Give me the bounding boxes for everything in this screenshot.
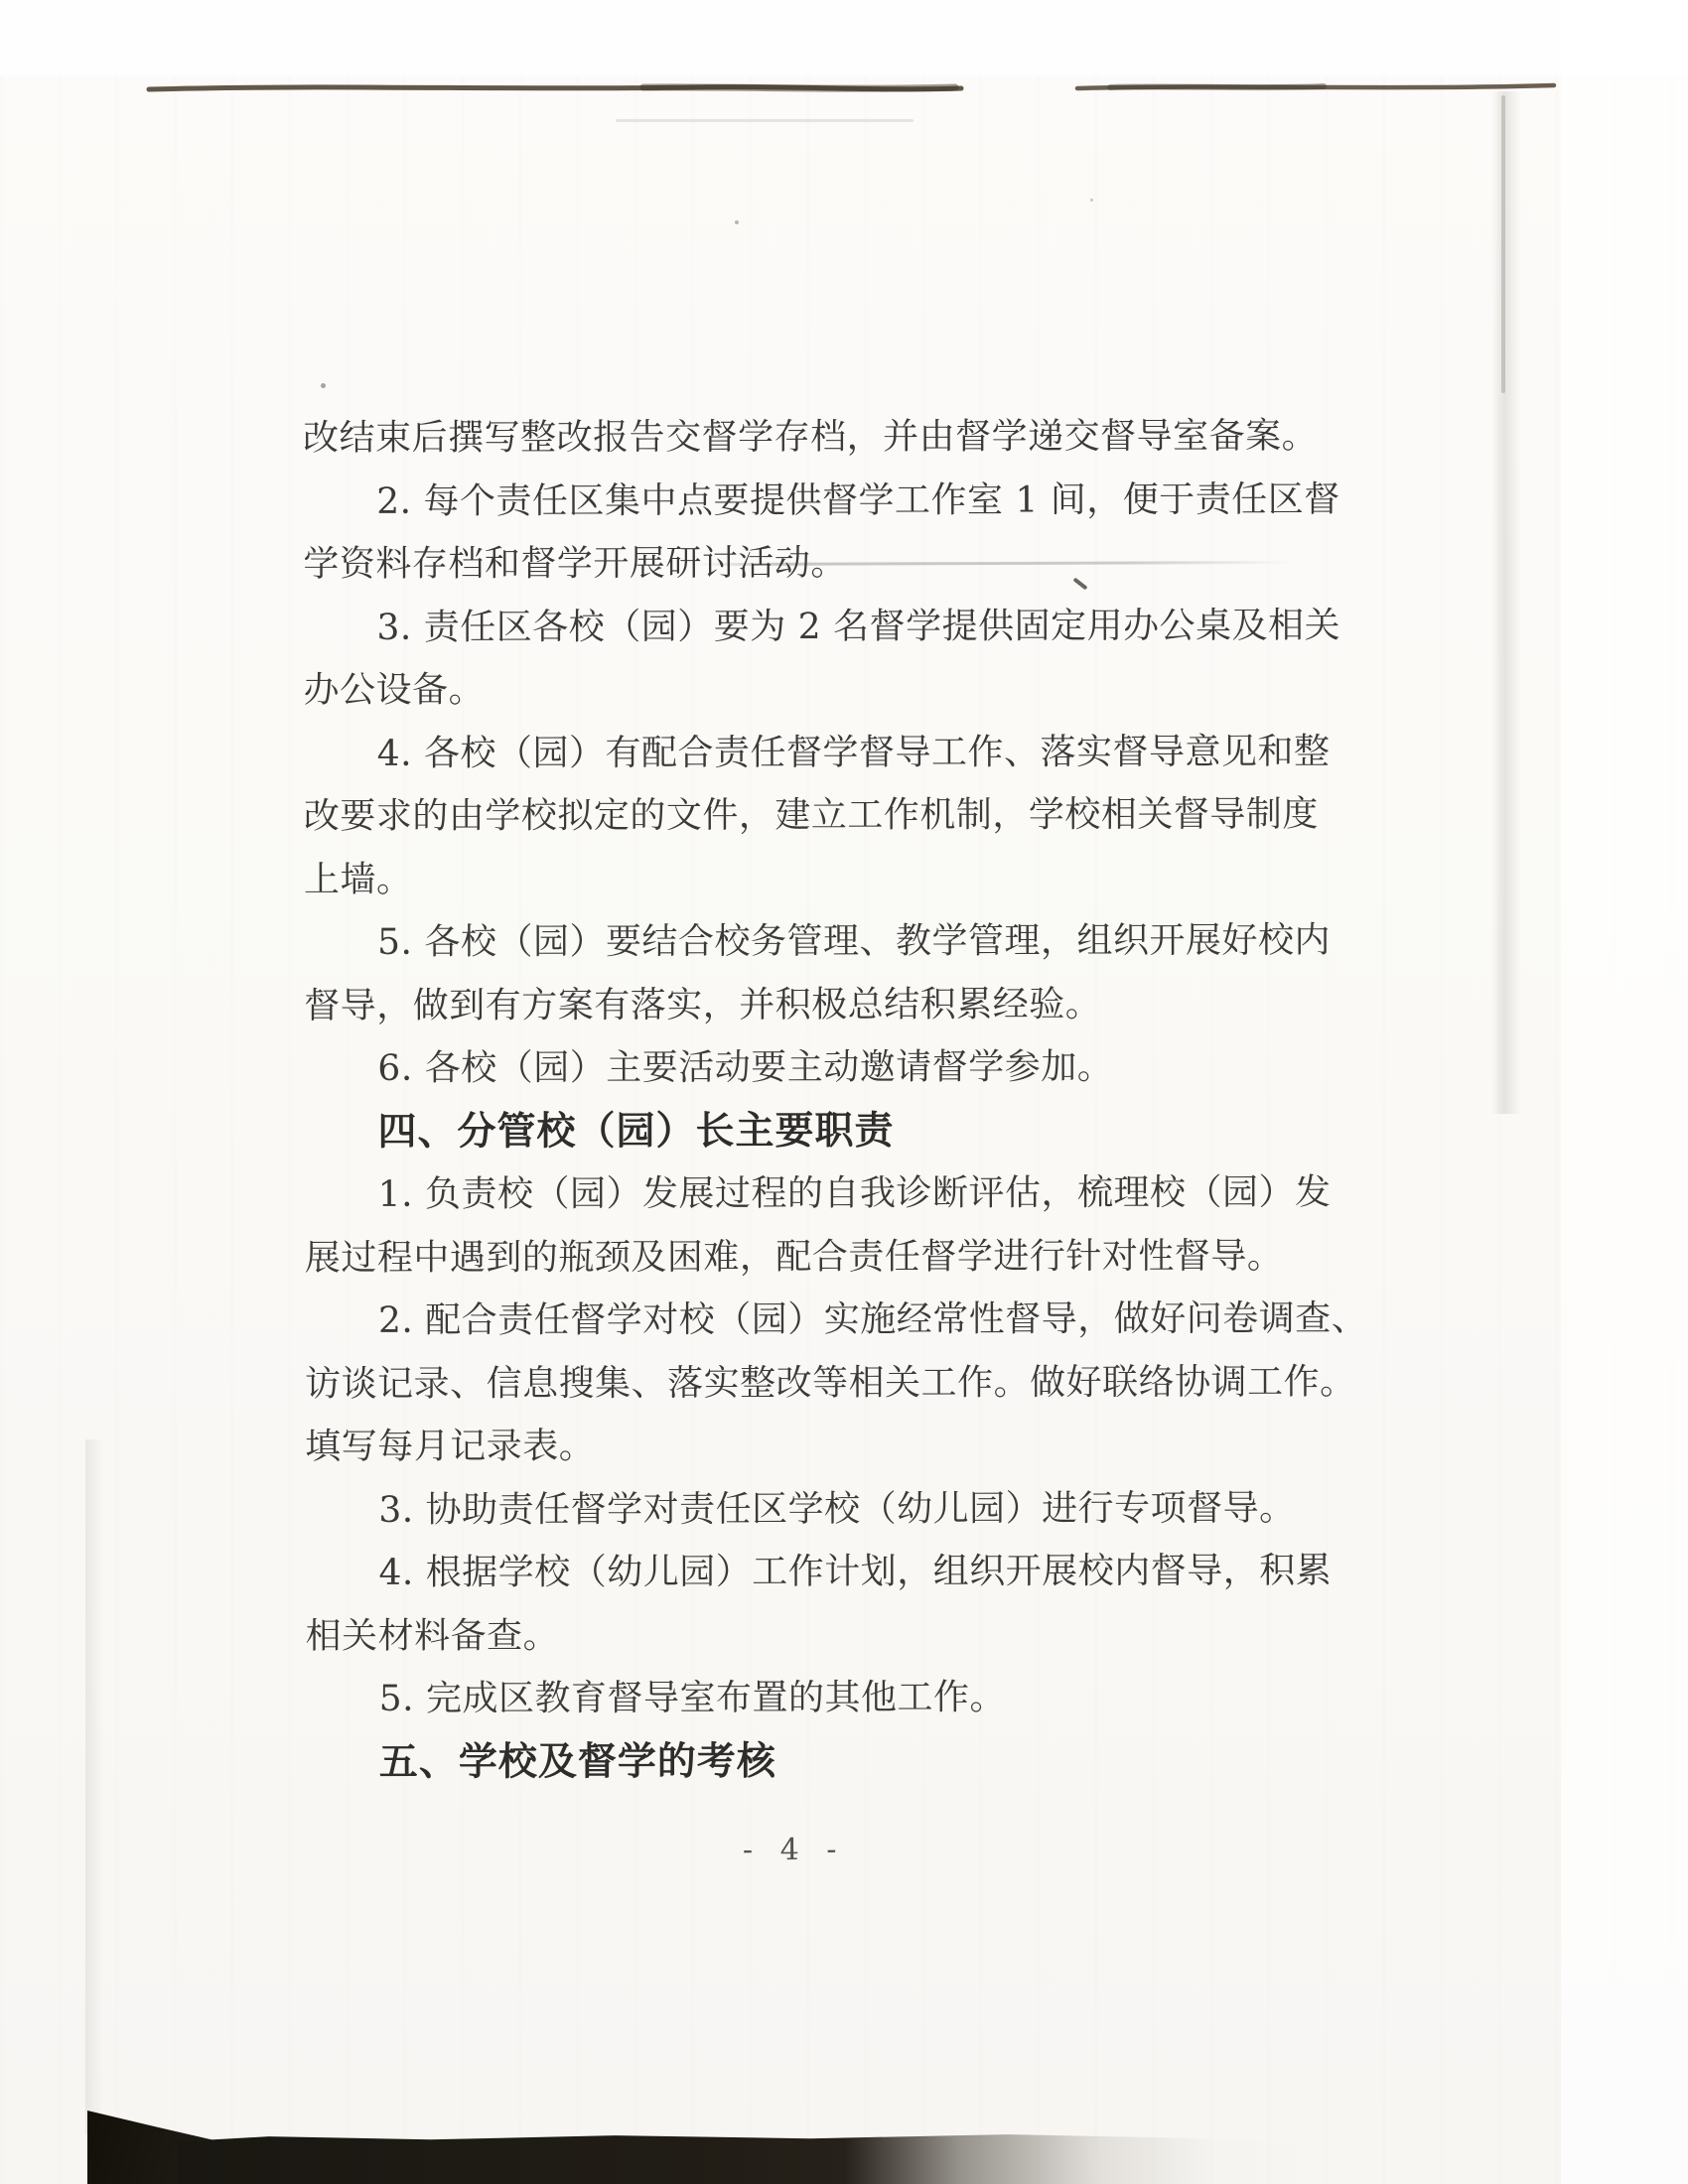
doc-line: 改结束后撰写整改报告交督学存档，并由督学递交督导室备案。 bbox=[303, 405, 1336, 471]
bottom-edge-scan-shadow bbox=[177, 2132, 1329, 2184]
doc-line: 学资料存档和督学开展研讨活动。 bbox=[303, 531, 1336, 597]
paper-speck bbox=[735, 220, 739, 224]
doc-line: 1. 负责校（园）发展过程的自我诊断评估，梳理校（园）发 bbox=[305, 1161, 1337, 1227]
doc-line: 访谈记录、信息搜集、落实整改等相关工作。做好联络协调工作。 bbox=[305, 1350, 1337, 1416]
doc-line: 相关材料备查。 bbox=[306, 1602, 1338, 1668]
page-top-edge-shadow bbox=[87, 73, 1597, 103]
document-text-block: 改结束后撰写整改报告交督学存档，并由督学递交督导室备案。 2. 每个责任区集中点… bbox=[303, 405, 1338, 1794]
page-left-edge-shadow bbox=[85, 1439, 103, 2134]
doc-line: 办公设备。 bbox=[304, 657, 1336, 723]
scanner-right-margin bbox=[1561, 0, 1688, 2184]
scan-smudge bbox=[616, 119, 914, 122]
doc-line: 3. 责任区各校（园）要为 2 名督学提供固定用办公桌及相关 bbox=[303, 594, 1336, 659]
page-right-edge-line bbox=[1501, 95, 1505, 393]
doc-line: 4. 各校（园）有配合责任督学督导工作、落实督导意见和整 bbox=[304, 720, 1336, 785]
section-heading: 四、分管校（园）长主要职责 bbox=[304, 1098, 1336, 1163]
doc-line: 填写每月记录表。 bbox=[305, 1414, 1337, 1479]
doc-line: 展过程中遇到的瓶颈及困难，配合责任督学进行针对性督导。 bbox=[305, 1224, 1337, 1290]
doc-line: 改要求的由学校拟定的文件，建立工作机制，学校相关督导制度 bbox=[304, 783, 1336, 849]
scanned-document-page: 改结束后撰写整改报告交督学存档，并由督学递交督导室备案。 2. 每个责任区集中点… bbox=[0, 0, 1688, 2184]
doc-line: 5. 完成区教育督导室布置的其他工作。 bbox=[306, 1666, 1338, 1731]
doc-line: 4. 根据学校（幼儿园）工作计划，组织开展校内督导，积累 bbox=[305, 1540, 1337, 1605]
section-heading: 五、学校及督学的考核 bbox=[306, 1728, 1338, 1794]
doc-line: 2. 配合责任督学对校（园）实施经常性督导，做好问卷调查、 bbox=[305, 1288, 1337, 1353]
doc-line: 督导，做到有方案有落实，并积极总结积累经验。 bbox=[304, 972, 1336, 1037]
page-number: - 4 - bbox=[743, 1833, 846, 1868]
doc-line: 6. 各校（园）主要活动要主动邀请督学参加。 bbox=[304, 1035, 1336, 1101]
paper-speck bbox=[321, 383, 326, 388]
page-right-edge-shadow bbox=[1491, 91, 1521, 1114]
doc-line: 2. 每个责任区集中点要提供督学工作室 1 间，便于责任区督 bbox=[303, 468, 1336, 533]
doc-line: 3. 协助责任督学对责任区学校（幼儿园）进行专项督导。 bbox=[305, 1476, 1337, 1542]
doc-line: 上墙。 bbox=[304, 846, 1336, 911]
paper-speck bbox=[1090, 199, 1093, 202]
scanner-top-margin bbox=[0, 0, 1688, 75]
doc-line: 5. 各校（园）要结合校务管理、教学管理，组织开展好校内 bbox=[304, 909, 1336, 975]
